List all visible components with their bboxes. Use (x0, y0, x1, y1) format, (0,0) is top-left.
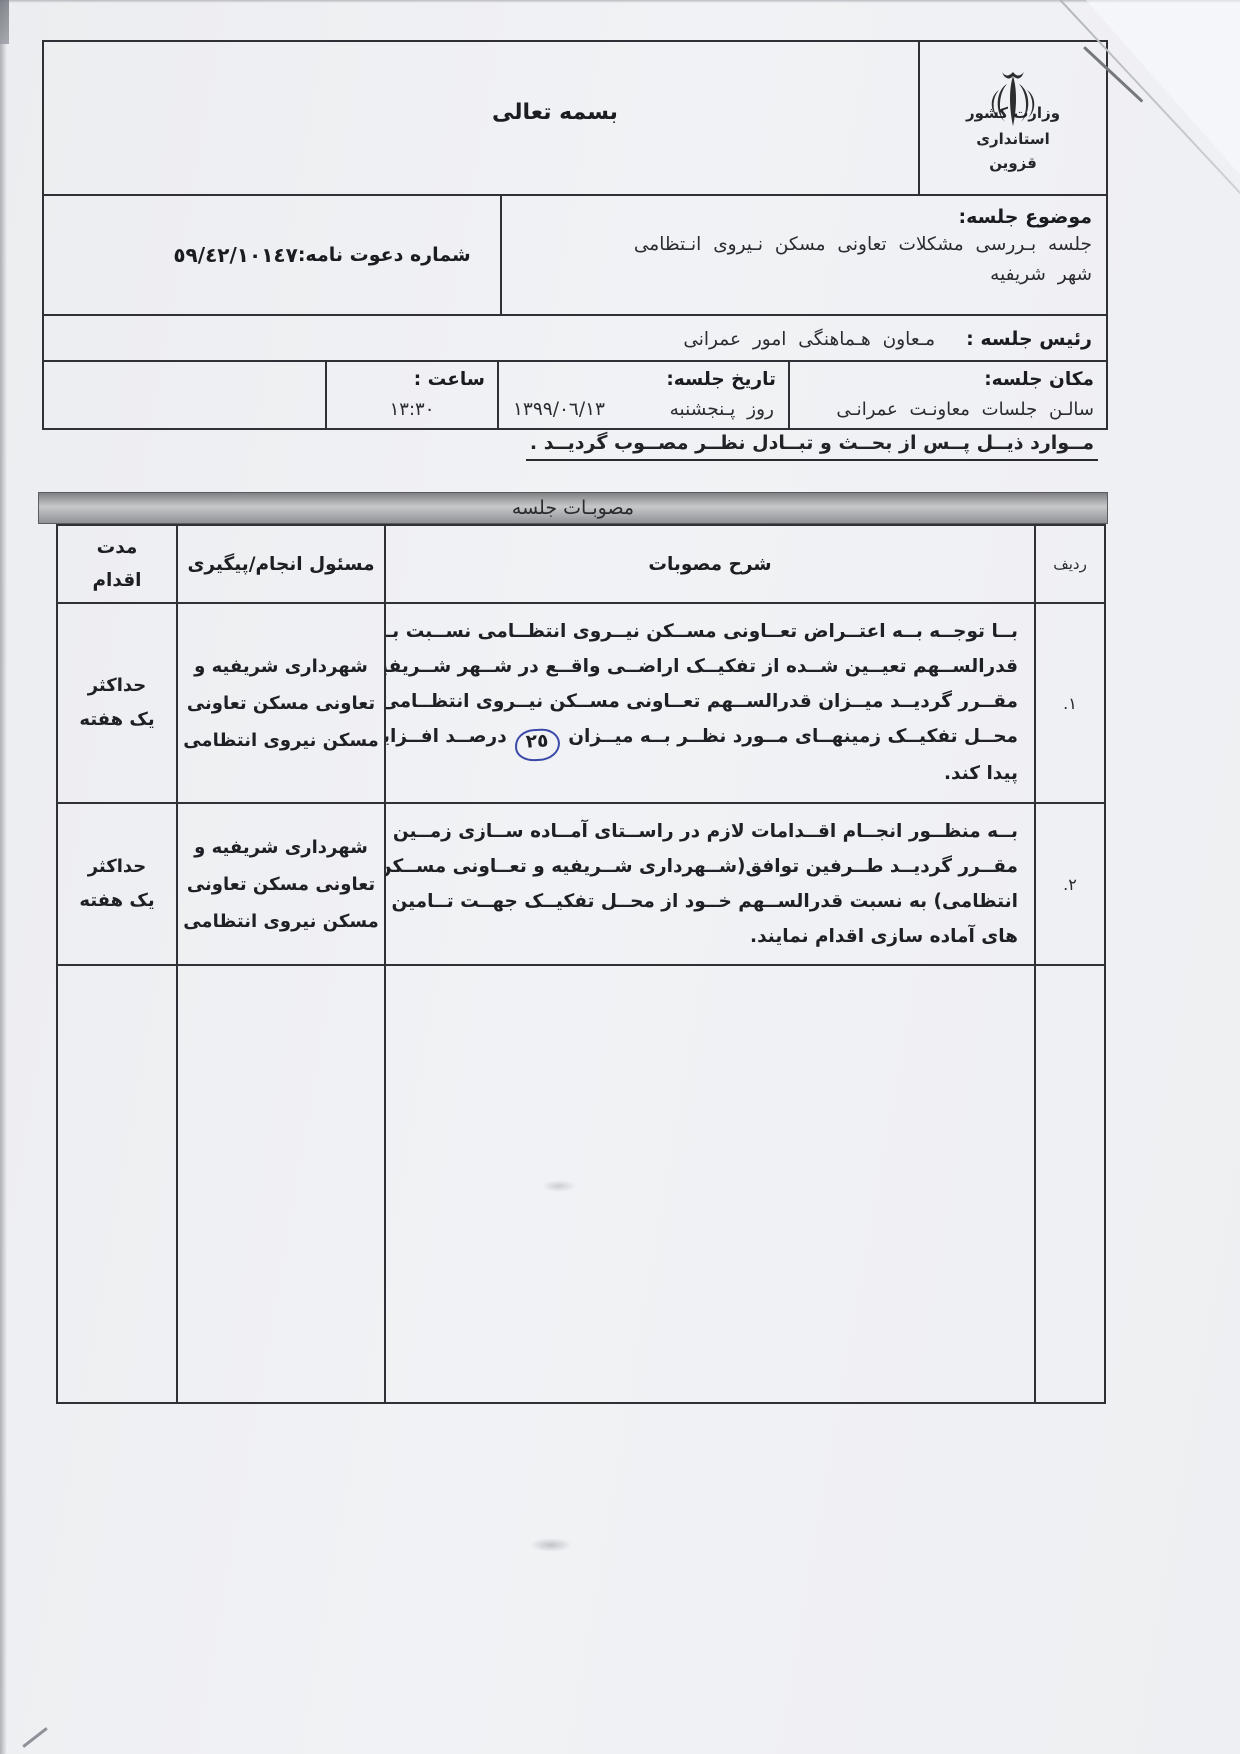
besmele-text: بسمه تعالی (492, 100, 618, 125)
responsible-cell: شهرداری شریفیه و تعاونی مسکن تعاونی مسکن… (176, 602, 384, 802)
invitation-number-cell: شماره دعوت نامه:٥٩/٤٢/١٠١٤٧ (44, 196, 502, 314)
scanned-meeting-minutes-page: بسمه تعالی وزارت کشور استانداری قزوین (0, 0, 1240, 1754)
empty-cell (384, 964, 1034, 1402)
duration-line: حداکثر (88, 669, 147, 703)
approved-note: مــوارد ذیــل پــس از بحــث و تبــادل نظ… (526, 432, 1098, 461)
location-cell: مکان جلسه: سالـن جلسات معاونـت عمرانـی (790, 362, 1106, 428)
empty-cell (1034, 964, 1104, 1402)
empty-meta-cell (44, 362, 327, 428)
invitation-number-label: شماره دعوت نامه: (298, 244, 471, 266)
date-cell: تاریخ جلسه: روز پـنجشنبه ١٣٩٩/٠٦/١٣ (499, 362, 790, 428)
resolution-line-segment: محــل تفکیــک زمینهــای مــورد نظــر بــ… (568, 726, 1018, 747)
header-row-number: ردیف (1034, 526, 1104, 602)
header-duration-line1: مدت (97, 537, 138, 558)
bottom-left-scan-mark (22, 1727, 47, 1748)
header-duration-line2: اقدام (92, 570, 141, 591)
band-title: مصوبـات جلسه (512, 497, 634, 519)
responsible-line: مسکن نیروی انتظامی (183, 722, 379, 759)
subject-cell: موضوع جلسه: جلسه بـررسی مشکلات تعاونی مس… (502, 196, 1106, 314)
duration-cell: حداکثر یک هفته (58, 802, 176, 964)
location-value: سالـن جلسات معاونـت عمرانـی (790, 393, 1106, 425)
header-responsible: مسئول انجام/پیگیری (176, 526, 384, 602)
invitation-number-value: ٥٩/٤٢/١٠١٤٧ (173, 243, 297, 267)
iran-emblem-icon (974, 70, 1052, 134)
duration-line: حداکثر (88, 850, 147, 884)
resolution-line: قدرالســهم تعیــین شــده از تفکیــک اراض… (400, 649, 1018, 684)
header-description: شرح مصوبات (384, 526, 1034, 602)
responsible-line: مسکن نیروی انتظامی (183, 903, 379, 940)
paper-smudge (530, 1538, 572, 1552)
resolution-row-number: ١. (1034, 602, 1104, 802)
resolution-description: بــه منظــور انجــام اقــدامات لازم در ر… (384, 802, 1034, 964)
resolution-line: بــه منظــور انجــام اقــدامات لازم در ر… (400, 814, 1018, 849)
subject-row: موضوع جلسه: جلسه بـررسی مشکلات تعاونی مس… (44, 194, 1106, 314)
paper-left-edge (0, 0, 7, 1754)
resolution-line: انتظامی) به نسبت قدرالســهم خــود از محـ… (400, 884, 1018, 919)
duration-line: یک هفته (79, 703, 154, 737)
responsible-cell: شهرداری شریفیه و تعاونی مسکن تعاونی مسکن… (176, 802, 384, 964)
subject-value-line1: جلسه بـررسی مشکلات تعاونی مسکن نـیروی ان… (516, 230, 1092, 260)
resolution-line: بــا توجــه بــه اعتــراض تعــاونی مســک… (400, 614, 1018, 649)
time-label: ساعت : (327, 367, 497, 393)
subject-label: موضوع جلسه: (516, 204, 1092, 230)
time-cell: ساعت : ١٣:٣٠ (327, 362, 499, 428)
city-text: قزوین (920, 154, 1106, 172)
resolutions-table: ردیف شرح مصوبات مسئول انجام/پیگیری مدت ا… (56, 524, 1106, 1404)
responsible-line: شهرداری شریفیه و (194, 829, 368, 866)
date-value: روز پـنجشنبه ١٣٩٩/٠٦/١٣ (499, 393, 788, 425)
chair-label: رئیس جلسه : (966, 328, 1092, 350)
resolution-line: مقــرر گردیــد میــزان قدرالســهم تعــاو… (400, 684, 1018, 719)
chair-value: مـعاون هـماهنگی امور عمرانی (683, 329, 935, 350)
paper-corner-mark (0, 0, 9, 44)
resolutions-band: مصوبـات جلسه (38, 492, 1108, 524)
logo-cell: وزارت کشور استانداری قزوین (918, 42, 1106, 194)
resolution-line: مقــرر گردیــد طــرفین توافق(شــهرداری ش… (400, 849, 1018, 884)
duration-cell: حداکثر یک هفته (58, 602, 176, 802)
resolution-line-segment: درصــد افــزایش (384, 726, 507, 747)
date-digits: ١٣٩٩/٠٦/١٣ (513, 395, 605, 425)
subject-value-line2: شهر شریفیه (516, 260, 1092, 290)
resolution-line: های آماده سازی اقدام نمایند. (400, 919, 1018, 954)
responsible-line: تعاونی مسکن تعاونی (187, 685, 375, 722)
chair-row: رئیس جلسه : مـعاون هـماهنگی امور عمرانی (44, 314, 1106, 360)
resolution-line-with-circle: محــل تفکیــک زمینهــای مــورد نظــر بــ… (400, 719, 1018, 756)
resolution-description: بــا توجــه بــه اعتــراض تعــاونی مســک… (384, 602, 1034, 802)
meta-row: مکان جلسه: سالـن جلسات معاونـت عمرانـی ت… (44, 360, 1106, 428)
paper-top-edge (0, 0, 1240, 3)
resolution-row-number: ٢. (1034, 802, 1104, 964)
empty-cell (176, 964, 384, 1402)
header-row: بسمه تعالی وزارت کشور استانداری قزوین (44, 42, 1106, 194)
responsible-line: شهرداری شریفیه و (194, 648, 368, 685)
header-duration: مدت اقدام (58, 526, 176, 602)
empty-cell (58, 964, 176, 1402)
header-frame: بسمه تعالی وزارت کشور استانداری قزوین (42, 40, 1108, 430)
date-day-name: روز پـنجشنبه (670, 395, 774, 425)
responsible-line: تعاونی مسکن تعاونی (187, 866, 375, 903)
time-value: ١٣:٣٠ (327, 393, 497, 425)
duration-line: یک هفته (79, 884, 154, 918)
resolution-line: پیدا کند. (400, 756, 1018, 791)
date-label: تاریخ جلسه: (499, 367, 788, 393)
location-label: مکان جلسه: (790, 367, 1106, 393)
